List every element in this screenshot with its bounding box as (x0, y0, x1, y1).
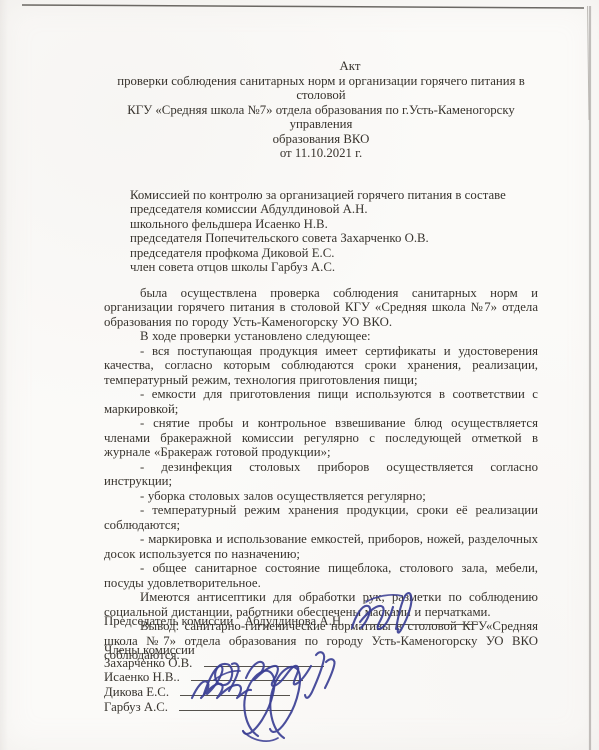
member-signature-line (180, 683, 290, 696)
title-line-3: КГУ «Средняя школа №7» отдела образовани… (104, 103, 538, 132)
commission-intro: Комиссией по контролю за организацией го… (130, 188, 538, 203)
finding-item: - дезинфекция столовых приборов осуществ… (104, 460, 538, 489)
commission-block: Комиссией по контролю за организацией го… (130, 188, 538, 275)
document-body: была осуществлена проверка соблюдения са… (104, 286, 538, 663)
member-signature-row: Гарбуз А.С. (104, 698, 292, 715)
chairman-signature-row: Председатель комиссии Абдулдинова А.Н. (104, 612, 478, 629)
chairman-name: Абдулдинова А.Н. (245, 614, 345, 629)
finding-item: - температурный режим хранения продукции… (104, 503, 538, 532)
title-line-4: образования ВКО (104, 132, 538, 147)
chairman-label: Председатель комиссии (104, 614, 233, 629)
member-signature-line (179, 698, 292, 711)
document-title-block: Акт проверки соблюдения санитарных норм … (104, 59, 538, 161)
scanned-document-page: { "document": { "title": { "heading": "А… (0, 0, 599, 750)
commission-member: председателя комиссии Абдулдиновой А.Н. (130, 202, 538, 217)
document-content: Акт проверки соблюдения санитарных норм … (104, 0, 538, 663)
member-signature-line (191, 668, 303, 681)
commission-member: школьного фельдшера Исаенко Н.В. (130, 217, 538, 232)
paragraph-findings-intro: В ходе проверки установлено следующее: (104, 329, 538, 344)
scan-right-edge-shadow (588, 6, 590, 120)
finding-item: - снятие пробы и контрольное взвешивание… (104, 416, 538, 460)
finding-item: - вся поступающая продукция имеет сертиф… (104, 344, 538, 388)
commission-member: председателя профкома Диковой Е.С. (130, 246, 538, 261)
document-page: Акт проверки соблюдения санитарных норм … (0, 0, 599, 750)
finding-item: - маркировка и использование емкостей, п… (104, 532, 538, 561)
commission-member: член совета отцов школы Гарбуз А.С. (130, 260, 538, 275)
commission-member: председателя Попечительского совета Заха… (130, 231, 538, 246)
finding-item: - емкости для приготовления пищи использ… (104, 387, 538, 416)
document-title: Акт (104, 59, 538, 74)
paragraph-inspection: была осуществлена проверка соблюдения са… (104, 286, 538, 330)
chairman-signature-line (363, 612, 478, 625)
finding-item: - уборка столовых залов осуществляется р… (104, 489, 538, 504)
member-signature-line (204, 654, 324, 667)
member-name: Гарбуз А.С. (104, 700, 168, 715)
title-line-2: проверки соблюдения санитарных норм и ор… (104, 74, 538, 103)
finding-item: - общее санитарное состояние пищеблока, … (104, 561, 538, 590)
document-date: от 11.10.2021 г. (104, 146, 538, 161)
